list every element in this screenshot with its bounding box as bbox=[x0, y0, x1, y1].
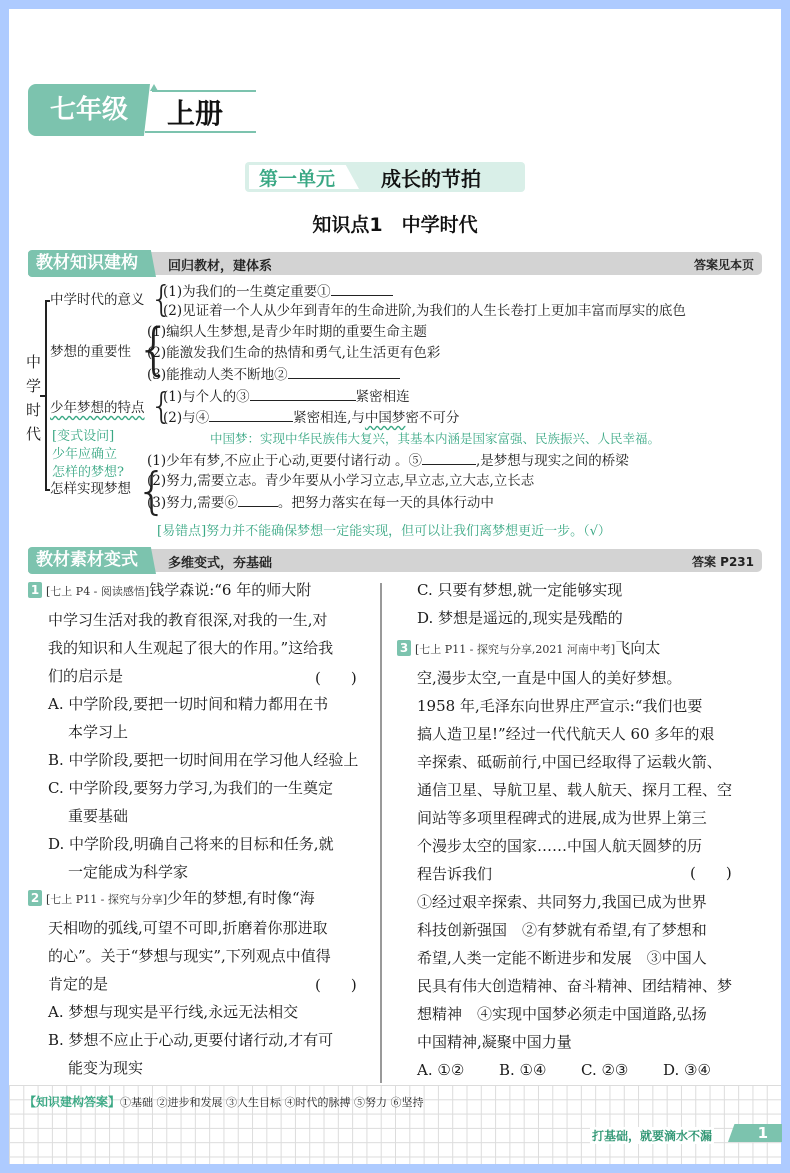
unit-banner: 第一单元 成长的节拍 bbox=[245, 162, 525, 192]
error-prone-note: [易错点]努力并不能确保梦想一定能实现，但可以让我们离梦想更近一步。（√） bbox=[157, 522, 611, 542]
statement: 希望,人类一定能不断进步和发展 ③中国人 bbox=[397, 944, 732, 972]
volume-title: 上册 bbox=[167, 92, 223, 132]
option-a[interactable]: A. 梦想与现实是平行线,永远无法相交 bbox=[28, 998, 333, 1026]
column-divider bbox=[380, 583, 382, 1083]
question-source: [七上 P11 - 探究与分享,2021 河南中考] bbox=[415, 643, 615, 656]
tree-item: (3)能推动人类不断地② bbox=[147, 364, 400, 385]
statement: 民具有伟大创造精神、奋斗精神、团结精神、梦 bbox=[397, 972, 732, 1000]
question-source: [七上 P4 - 阅读感悟] bbox=[46, 585, 149, 598]
option-c[interactable]: C. 只要有梦想,就一定能够实现 bbox=[417, 576, 623, 604]
tree-item: (2)与④紧密相连,与中国梦密不可分 bbox=[163, 407, 459, 428]
knowledge-point-title: 知识点1 中学时代 bbox=[0, 210, 790, 237]
unit-number: 第一单元 bbox=[259, 164, 335, 191]
root-char: 代 bbox=[26, 422, 44, 446]
tree-root: 中 学 时 代 bbox=[26, 350, 44, 446]
section-subtitle: 多维变式，夯基础 bbox=[168, 552, 272, 571]
option-a[interactable]: A. ①② bbox=[417, 1056, 499, 1084]
option-c[interactable]: C. 中学阶段,要努力学习,为我们的一生奠定 bbox=[28, 774, 358, 802]
answer-paren[interactable]: ( ) bbox=[315, 974, 357, 995]
question-2: 2[七上 P11 - 探究与分享]少年的梦想,有时像“海 天相吻的弧线,可望不可… bbox=[28, 884, 333, 1082]
tree-item: (2)努力,需要立志。青少年要从小学习立志,早立志,立大志,立长志 bbox=[147, 471, 534, 491]
section-tab: 教材素材变式 bbox=[28, 547, 156, 574]
branch-label: 少年梦想的特点 bbox=[50, 398, 145, 418]
branch-label: 怎样实现梦想 bbox=[50, 479, 131, 499]
statement: 想精神 ④实现中国梦必须走中国道路,弘扬 bbox=[397, 1000, 732, 1028]
unit-title: 成长的节拍 bbox=[381, 163, 481, 192]
tree-item: (1)与个人的③紧密相连 bbox=[163, 386, 410, 407]
option-d[interactable]: D. ③④ bbox=[663, 1061, 711, 1079]
root-char: 中 bbox=[26, 350, 44, 374]
statement: ①经过艰辛探索、共同努力,我国已成为世界 bbox=[397, 888, 732, 916]
section-bar-knowledge: 教材知识建构 回归教材，建体系 答案见本页 bbox=[28, 252, 762, 275]
option-a[interactable]: A. 中学阶段,要把一切时间和精力都用在书 bbox=[28, 690, 358, 718]
variant-question: [变式设问] 少年应确立 怎样的梦想? bbox=[52, 428, 124, 482]
question-2-continued: C. 只要有梦想,就一定能够实现 D. 梦想是遥远的,现实是残酷的 bbox=[417, 576, 623, 632]
tree-item: (1)编织人生梦想,是青少年时期的重要生命主题 bbox=[147, 322, 427, 342]
section-bar-materials: 教材素材变式 多维变式，夯基础 答案 P231 bbox=[28, 549, 762, 572]
statement: 科技创新强国 ②有梦就有希望,有了梦想和 bbox=[397, 916, 732, 944]
china-dream-note: 中国梦：实现中华民族伟大复兴，其基本内涵是国家富强、民族振兴、人民幸福。 bbox=[210, 429, 660, 449]
question-1: 1[七上 P4 - 阅读感悟]钱学森说:“6 年的师大附 中学习生活对我的教育很… bbox=[28, 576, 358, 886]
section-tab: 教材知识建构 bbox=[28, 250, 156, 277]
question-source: [七上 P11 - 探究与分享] bbox=[46, 893, 167, 906]
page-number: 1 bbox=[728, 1124, 782, 1142]
answer-paren[interactable]: ( ) bbox=[315, 667, 357, 688]
option-d[interactable]: D. 梦想是遥远的,现实是残酷的 bbox=[417, 604, 623, 632]
question-3: 3[七上 P11 - 探究与分享,2021 河南中考]飞向太 空,漫步太空,一直… bbox=[397, 634, 732, 1084]
answer-reference: 答案见本页 bbox=[694, 256, 754, 273]
tree-item: (1)为我们的一生奠定重要① bbox=[163, 281, 393, 302]
statement: 中国精神,凝聚中国力量 bbox=[397, 1028, 732, 1056]
branch-label: 中学时代的意义 bbox=[50, 290, 145, 310]
tree-tick bbox=[40, 395, 46, 397]
answer-reference: 答案 P231 bbox=[692, 553, 754, 570]
footer-slogan: 打基础，就要滴水不漏 bbox=[590, 1127, 714, 1144]
option-c[interactable]: C. ②③ bbox=[581, 1056, 663, 1084]
root-char: 时 bbox=[26, 398, 44, 422]
answer-paren[interactable]: ( ) bbox=[690, 862, 732, 883]
tree-item: (2)能激发我们生命的热情和勇气,让生活更有色彩 bbox=[147, 343, 440, 363]
tree-item: (3)努力,需要⑥。把努力落实在每一天的具体行动中 bbox=[147, 492, 494, 513]
tree-item: (1)少年有梦,不应止于心动,更要付诸行动 。⑤,是梦想与现实之间的桥梁 bbox=[147, 450, 629, 471]
grade-tab: 七年级 bbox=[28, 84, 150, 136]
option-d[interactable]: D. 中学阶段,明确自己将来的目标和任务,就 bbox=[28, 830, 358, 858]
section-subtitle: 回归教材，建体系 bbox=[168, 255, 272, 274]
option-b[interactable]: B. 梦想不应止于心动,更要付诸行动,才有可 bbox=[28, 1026, 333, 1054]
tree-item: (2)见证着一个人从少年到青年的生命进阶,为我们的人生长卷打上更加丰富而厚实的底… bbox=[163, 301, 686, 321]
question-number-badge: 3 bbox=[397, 640, 411, 656]
answer-key: 【知识建构答案】①基础 ②进步和发展 ③人生目标 ④时代的脉搏 ⑤努力 ⑥坚持 bbox=[24, 1093, 424, 1110]
branch-label: 梦想的重要性 bbox=[50, 342, 131, 362]
question-number-badge: 1 bbox=[28, 582, 42, 598]
option-b[interactable]: B. ①④ bbox=[499, 1056, 581, 1084]
question-number-badge: 2 bbox=[28, 890, 42, 906]
option-b[interactable]: B. 中学阶段,要把一切时间用在学习他人经验上 bbox=[28, 746, 358, 774]
